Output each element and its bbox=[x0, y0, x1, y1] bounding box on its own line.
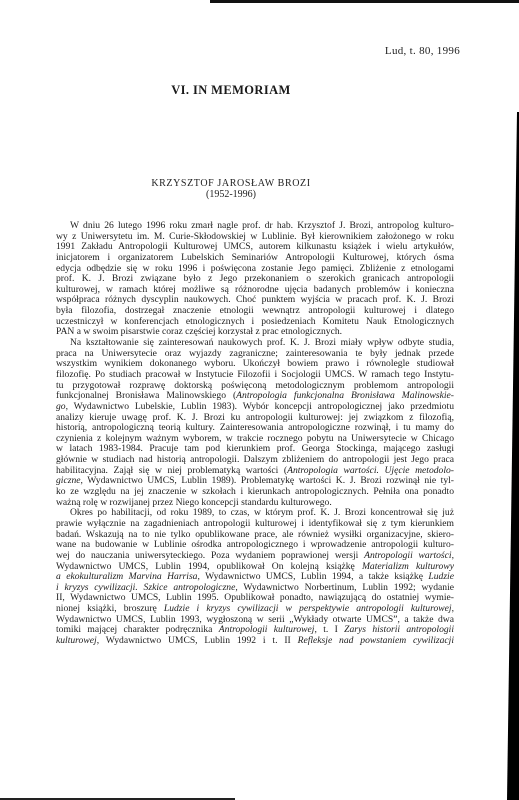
person-dates: (1952-1996) bbox=[0, 189, 462, 200]
journal-reference: Lud, t. 80, 1996 bbox=[360, 45, 460, 57]
text-line: inicjatorem i organizatorem Lubelskich S… bbox=[56, 253, 454, 264]
scan-right-edge bbox=[507, 112, 519, 800]
text-line: prawie wyłącznie na zagadnieniach antrop… bbox=[56, 519, 454, 530]
person-name: KRZYSZTOF JAROSŁAW BROZI bbox=[0, 178, 462, 189]
text-line: kulturowej, Wydawnictwo UMCS, Lublin 199… bbox=[56, 636, 454, 647]
scan-top-edge bbox=[210, 0, 519, 3]
section-title: VI. IN MEMORIAM bbox=[0, 83, 462, 98]
text-line: filozofię. Po studiach pracował w Instyt… bbox=[56, 370, 454, 381]
article-body: W dniu 26 lutego 1996 roku zmarł nagle p… bbox=[56, 221, 454, 647]
text-line: go, Wydawnictwo Lubelskie, Lublin 1983).… bbox=[56, 402, 454, 413]
